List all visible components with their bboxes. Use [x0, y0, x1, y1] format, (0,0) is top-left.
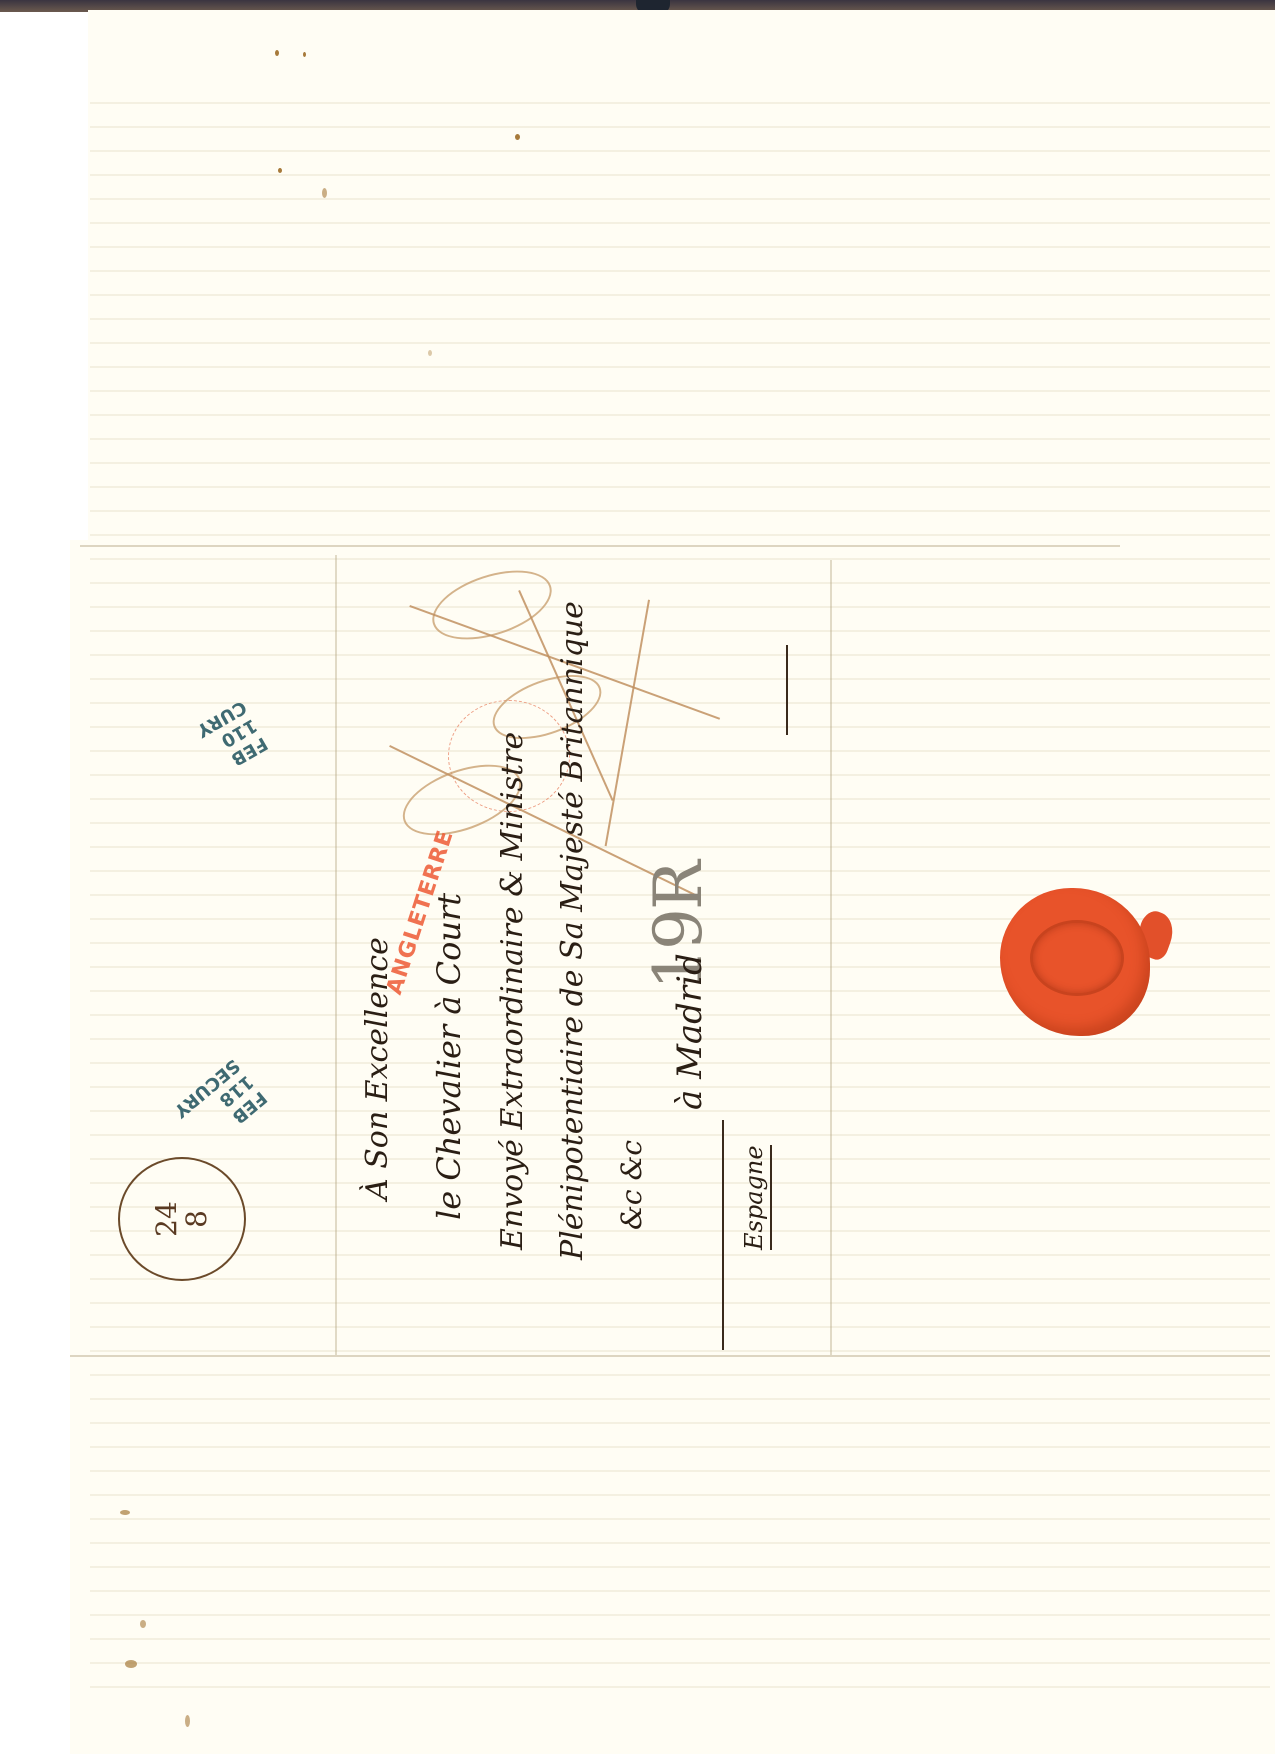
address-line-title-cont: Plénipotentiaire de Sa Majesté Britanniq… [555, 601, 590, 1260]
fold-line-right [830, 560, 832, 1355]
fold-line-left [335, 555, 337, 1355]
date-day: 24 [152, 1201, 182, 1237]
foxing-spot [275, 50, 279, 56]
address-line-salutation: À Son Excellence [360, 937, 395, 1200]
foxing-spot [428, 350, 432, 356]
foxing-spot [278, 168, 282, 173]
address-line-etc: &c &c [615, 1140, 648, 1230]
seal-impression-icon [1030, 920, 1124, 996]
foxing-spot [140, 1620, 146, 1628]
address-line-name: le Chevalier à Court [430, 893, 468, 1220]
underline-stroke [722, 1120, 724, 1350]
foxing-spot [322, 188, 327, 198]
foxing-spot [120, 1510, 130, 1515]
foxing-spot [125, 1660, 137, 1668]
date-hour: 8 [182, 1210, 212, 1228]
address-block: À Son Excellence le Chevalier à Court En… [360, 560, 780, 1260]
foxing-spot [303, 52, 306, 57]
underline-stroke [786, 645, 788, 735]
foxing-spot [185, 1715, 190, 1727]
date-postmark: 24 8 [118, 1157, 246, 1281]
address-line-country: Espagne [740, 1145, 772, 1250]
foxing-spot [515, 134, 520, 140]
blue-circular-postmark-upper: FEB 110 CURY [135, 630, 285, 780]
address-line-title: Envoyé Extraordinaire & Ministre [495, 732, 530, 1250]
fold-line-top [80, 545, 1120, 547]
fold-line-bottom [70, 1355, 1270, 1357]
address-line-city: à Madrid [670, 953, 710, 1110]
